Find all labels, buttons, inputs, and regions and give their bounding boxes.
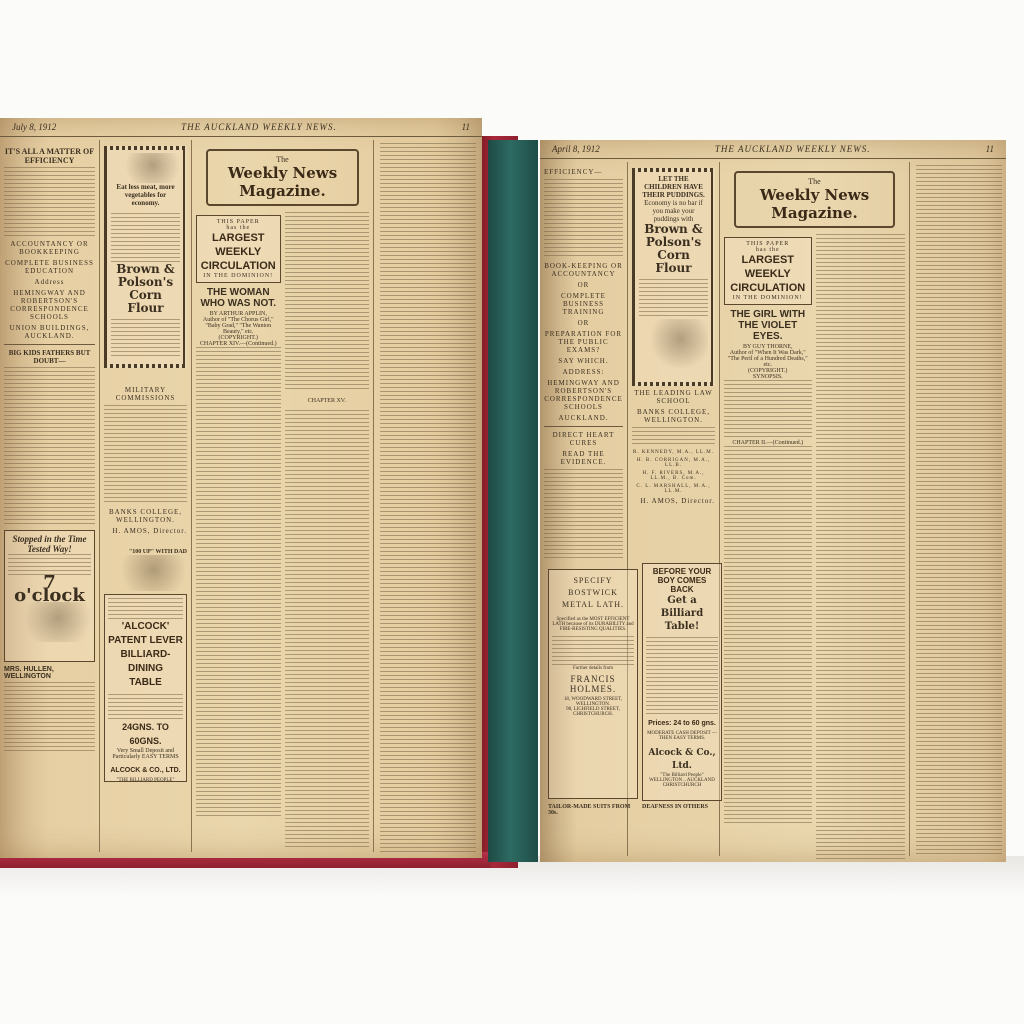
- law-college: BANKS COLLEGE, WELLINGTON.: [632, 408, 715, 424]
- staff-member: C. L. MARSHALL, M.A., LL.M.: [632, 484, 715, 494]
- page-date: July 8, 1912: [12, 122, 56, 136]
- article-subhead: READ THE EVIDENCE.: [544, 450, 623, 466]
- page-date: April 8, 1912: [552, 144, 600, 158]
- ad-body: Economy is no bar if you make your puddi…: [639, 199, 708, 223]
- ad-line: TABLE: [108, 676, 183, 690]
- story-author-note: Author of "When It Was Dark," "The Peril…: [724, 350, 812, 368]
- story-text: [285, 410, 370, 850]
- man-illustration: [8, 602, 91, 642]
- column-2: Eat less meat, more vegetables for econo…: [100, 140, 192, 852]
- masthead-title: Weekly News Magazine.: [212, 164, 353, 200]
- story-text: [380, 143, 476, 853]
- director-name: H. AMOS, Director.: [104, 527, 187, 535]
- college-name: BANKS COLLEGE, WELLINGTON.: [104, 508, 187, 524]
- circ-line: CIRCULATION: [728, 281, 808, 295]
- magazine-masthead: The Weekly News Magazine.: [206, 149, 359, 206]
- ad-prices: 24GNS. TO 60GNS.: [108, 720, 183, 748]
- body-text: [544, 469, 623, 559]
- military-commissions-heading: MILITARY COMMISSIONS: [104, 386, 187, 402]
- ad-line: PATENT LEVER: [108, 634, 183, 648]
- school-city: AUCKLAND.: [544, 414, 623, 422]
- ad-terms: MODERATE CASH DEPOSIT —THEN EASY TERMS.: [646, 731, 718, 741]
- circ-line: IN THE DOMINION!: [728, 295, 808, 301]
- newspaper-title: THE AUCKLAND WEEKLY NEWS.: [715, 144, 871, 158]
- ad-headline: LET THE CHILDREN HAVE THEIR PUDDINGS.: [639, 175, 708, 199]
- tailor-ad-headline: TAILOR-MADE SUITS FROM 30s.: [548, 804, 638, 816]
- children-illustration: [639, 319, 708, 369]
- story-author-note: Author of "The Chorus Girl," "Baby Grad,…: [196, 317, 281, 335]
- masthead-title: Weekly News Magazine.: [740, 186, 889, 222]
- ad-dealer: FRANCIS HOLMES.: [552, 674, 634, 694]
- school-line: OR: [544, 281, 623, 289]
- staff-member: R. KENNEDY, M.A., LL.M.: [632, 450, 715, 455]
- circulation-box: THIS PAPER has the LARGEST WEEKLY CIRCUL…: [724, 237, 812, 305]
- masthead-the: The: [740, 177, 889, 186]
- body-text: [4, 167, 95, 237]
- ad-address: 18, WOODWARD STREET, WELLINGTON.: [552, 697, 634, 707]
- story-text: [724, 446, 812, 826]
- ad-line: BOSTWICK: [552, 588, 634, 597]
- right-newspaper-page: April 8, 1912 THE AUCKLAND WEEKLY NEWS. …: [540, 140, 1006, 862]
- left-newspaper-page: July 8, 1912 THE AUCKLAND WEEKLY NEWS. 1…: [0, 118, 482, 858]
- ad-tagline: Eat less meat, more vegetables for econo…: [111, 183, 180, 207]
- magazine-masthead: The Weekly News Magazine.: [734, 171, 895, 228]
- circulation-box: THIS PAPER has the LARGEST WEEKLY CIRCUL…: [196, 215, 281, 283]
- page-number: 11: [986, 144, 994, 158]
- school-name: HEMINGWAY AND ROBERTSON'S CORRESPONDENCE…: [4, 289, 95, 321]
- article-headline: DIRECT HEART CURES: [544, 431, 623, 447]
- story-text: [916, 165, 1002, 855]
- brown-polson-ad: LET THE CHILDREN HAVE THEIR PUDDINGS. Ec…: [632, 168, 715, 386]
- efficiency-headline: IT'S ALL A MATTER OF EFFICIENCY: [4, 147, 95, 165]
- green-book-spine: [488, 140, 538, 862]
- ad-product: Corn Flour: [111, 289, 180, 315]
- address-label: Address: [4, 278, 95, 286]
- ad-prices: Prices: 24 to 60 gns.: [646, 717, 718, 731]
- staff-member: H. F. RIVERS, M.A., LL.M., B. Com.: [632, 471, 715, 481]
- column-right: [376, 140, 480, 852]
- chapter-heading: CHAPTER XV.: [285, 398, 370, 404]
- ad-headline: BEFORE YOUR BOY COMES BACK: [646, 567, 718, 594]
- alcock-billiard-ad: 'ALCOCK' PATENT LEVER BILLIARD-DINING TA…: [104, 594, 187, 782]
- director-name: H. AMOS, Director.: [632, 497, 715, 505]
- school-line: OR: [544, 319, 623, 327]
- school-line: BOOK-KEEPING OR ACCOUNTANCY: [544, 262, 623, 278]
- clock-ad: Stopped in the Time Tested Way! 7 o'cloc…: [4, 530, 95, 662]
- story-text: [724, 380, 812, 440]
- ad-cities: WELLINGTON .. AUCKLAND CHRISTCHURCH: [646, 778, 718, 788]
- newspaper-title: THE AUCKLAND WEEKLY NEWS.: [181, 122, 337, 136]
- school-line: SAY WHICH.: [544, 357, 623, 365]
- circ-line: IN THE DOMINION!: [200, 273, 277, 279]
- story-text: [196, 347, 281, 817]
- ad-details: Further details from: [552, 666, 634, 671]
- story-text: [816, 234, 906, 862]
- ad-body: Specified as the MOST EFFICIENT LATH bec…: [552, 617, 634, 632]
- story-columns: The Weekly News Magazine. THIS PAPER has…: [720, 162, 910, 856]
- story-title: THE WOMAN WHO WAS NOT.: [196, 287, 281, 309]
- story-columns: The Weekly News Magazine. THIS PAPER has…: [192, 140, 374, 852]
- body-text: [104, 405, 187, 505]
- page-number: 11: [462, 122, 470, 136]
- ad-company-tag: "THE BILLIARD PEOPLE": [108, 778, 183, 783]
- address-label: ADDRESS:: [544, 368, 623, 376]
- school-line: COMPLETE BUSINESS TRAINING: [544, 292, 623, 316]
- body-text: [544, 179, 623, 259]
- column-right: [912, 162, 1006, 856]
- ad-brand: Brown & Polson's: [639, 223, 708, 249]
- circ-line: LARGEST WEEKLY: [728, 253, 808, 281]
- circ-line: LARGEST WEEKLY: [200, 231, 277, 259]
- woman-vegetables-illustration: [111, 153, 180, 183]
- article-headline: BIG KIDS FATHERS BUT DOUBT—: [4, 349, 95, 365]
- ad-line: 'ALCOCK': [108, 620, 183, 634]
- ad-brand: Brown & Polson's: [111, 263, 180, 289]
- story-title: THE GIRL WITH THE VIOLET EYES.: [724, 309, 812, 342]
- brown-polson-ad: Eat less meat, more vegetables for econo…: [104, 146, 187, 368]
- body-text: [4, 682, 95, 752]
- ad-company: ALCOCK & CO., LTD.: [108, 764, 183, 778]
- billiard-player-illustration: [104, 555, 187, 591]
- bostwick-ad: SPECIFY BOSTWICK METAL LATH. Specified a…: [548, 569, 638, 799]
- school-line: ACCOUNTANCY OR BOOKKEEPING: [4, 240, 95, 256]
- story-text: [285, 212, 370, 392]
- deafness-headline: DEAFNESS IN OTHERS: [642, 804, 722, 810]
- school-line: PREPARATION FOR THE PUBLIC EXAMS?: [544, 330, 623, 354]
- school-name: HEMINGWAY AND ROBERTSON'S CORRESPONDENCE…: [544, 379, 623, 411]
- body-text: [4, 367, 95, 527]
- school-line: COMPLETE BUSINESS EDUCATION: [4, 259, 95, 275]
- ad-subheadline: Get a Billiard Table!: [646, 594, 718, 633]
- hullen-headline: MRS. HULLEN, WELLINGTON: [4, 666, 95, 680]
- law-school-headline: THE LEADING LAW SCHOOL: [632, 389, 715, 405]
- ad-company: Alcock & Co., Ltd.: [646, 747, 718, 773]
- column-1: IT'S ALL A MATTER OF EFFICIENCY ACCOUNTA…: [0, 140, 100, 852]
- ad-line: SPECIFY: [552, 576, 634, 585]
- clock-ad-headline: Stopped in the Time Tested Way!: [8, 534, 91, 554]
- masthead-the: The: [212, 155, 353, 164]
- ad-product: Corn Flour: [639, 249, 708, 275]
- circ-line: CIRCULATION: [200, 259, 277, 273]
- ad-address: 98, LICHFIELD STREET, CHRISTCHURCH.: [552, 707, 634, 717]
- page-header: April 8, 1912 THE AUCKLAND WEEKLY NEWS. …: [540, 144, 1006, 159]
- school-address: UNION BUILDINGS, AUCKLAND.: [4, 324, 95, 340]
- ad-line: BILLIARD-DINING: [108, 648, 183, 676]
- ad-terms: Very Small Deposit and Particularly EASY…: [108, 748, 183, 760]
- page-header: July 8, 1912 THE AUCKLAND WEEKLY NEWS. 1…: [0, 122, 482, 137]
- clock-ad-brand: 7 o'clock: [8, 576, 91, 602]
- billiard-table-ad: BEFORE YOUR BOY COMES BACK Get a Billiar…: [642, 563, 722, 801]
- ad-line: METAL LATH.: [552, 600, 634, 609]
- staff-member: H. B. CORRIGAN, M.A., LL.B.: [632, 458, 715, 468]
- efficiency-headline: EFFICIENCY—: [544, 168, 623, 176]
